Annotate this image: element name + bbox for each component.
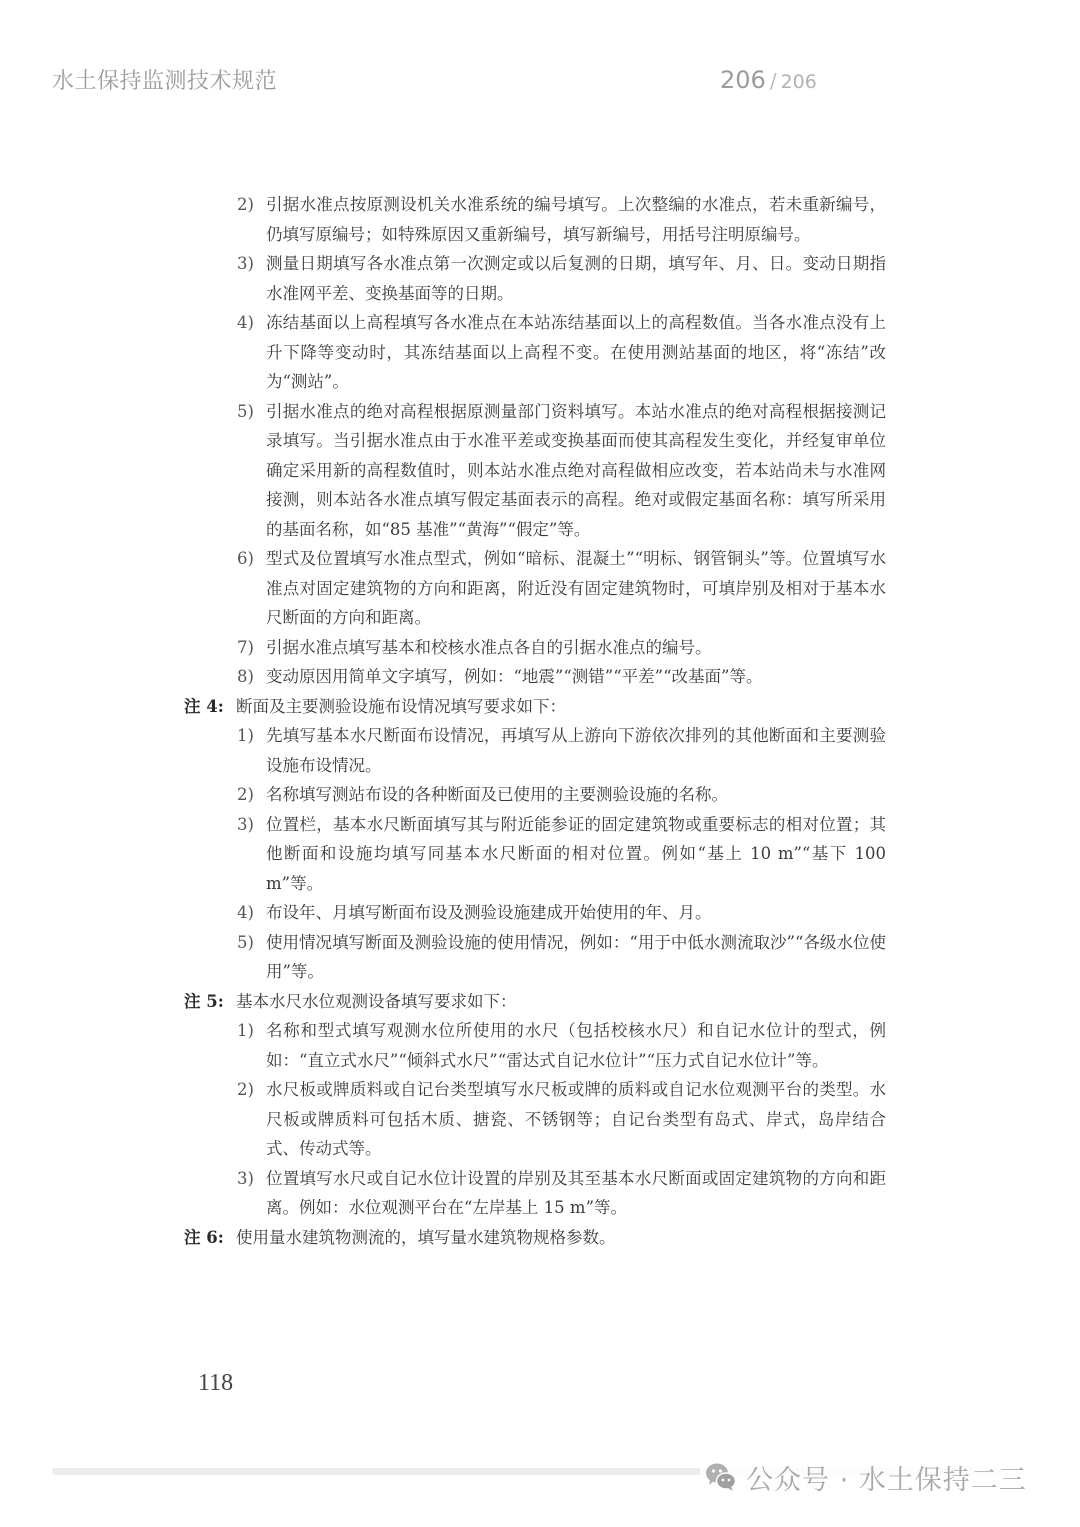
list-item-number: 8) [237, 662, 267, 692]
note-label: 注 6: [184, 1223, 224, 1253]
list-item: 7)引据水准点填写基本和校核水准点各自的引据水准点的编号。 [0, 633, 890, 663]
list-item-text: 引据水准点的绝对高程根据原测量部门资料填写。本站水准点的绝对高程根据接测记录填写… [266, 397, 886, 545]
list-item-number: 3) [237, 810, 267, 840]
list-item-number: 2) [237, 190, 267, 220]
list-item-number: 2) [237, 1075, 267, 1105]
list-item-number: 4) [237, 898, 267, 928]
list-item: 2)水尺板或牌质料或自记台类型填写水尺板或牌的质料或自记水位观测平台的类型。水尺… [0, 1075, 890, 1164]
document-page-body: 2)引据水准点按原测设机关水准系统的编号填写。上次整编的水准点，若未重新编号，仍… [0, 190, 1080, 1252]
list-item: 3)位置栏，基本水尺断面填写其与附近能参证的固定建筑物或重要标志的相对位置；其他… [0, 810, 890, 899]
list-item: 3)位置填写水尺或自记水位计设置的岸别及其至基本水尺断面或固定建筑物的方向和距离… [0, 1164, 890, 1223]
page-counter: 206/206 [720, 66, 817, 94]
list-item: 2)引据水准点按原测设机关水准系统的编号填写。上次整编的水准点，若未重新编号，仍… [0, 190, 890, 249]
list-item-number: 2) [237, 780, 267, 810]
viewer-header: 水土保持监测技术规范 206/206 [0, 0, 1080, 140]
wechat-icon [704, 1460, 738, 1494]
list-item-number: 6) [237, 544, 267, 574]
list-item-text: 引据水准点填写基本和校核水准点各自的引据水准点的编号。 [266, 633, 886, 663]
note-heading: 注 6:使用量水建筑物测流的，填写量水建筑物规格参数。 [0, 1223, 890, 1253]
list-item-number: 5) [237, 397, 267, 427]
list-item: 3)测量日期填写各水准点第一次测定或以后复测的日期，填写年、月、日。变动日期指水… [0, 249, 890, 308]
list-item: 1)先填写基本水尺断面布设情况，再填写从上游向下游依次排列的其他断面和主要测验设… [0, 721, 890, 780]
watermark: 公众号 · 水土保持二三 [700, 1455, 1027, 1499]
list-item: 4)冻结基面以上高程填写各水准点在本站冻结基面以上的高程数值。当各水准点没有上升… [0, 308, 890, 397]
list-item-text: 型式及位置填写水准点型式，例如“暗标、混凝土”“明标、钢管铜头”等。位置填写水准… [266, 544, 886, 633]
list-item-number: 3) [237, 249, 267, 279]
list-item-number: 5) [237, 928, 267, 958]
list-item-text: 名称填写测站布设的各种断面及已使用的主要测验设施的名称。 [266, 780, 886, 810]
note-heading: 注 4:断面及主要测验设施布设情况填写要求如下： [0, 692, 890, 722]
list-item-number: 3) [237, 1164, 267, 1194]
note-label: 注 4: [184, 692, 224, 722]
watermark-text: 公众号 · 水土保持二三 [746, 1458, 1027, 1497]
list-item: 8)变动原因用简单文字填写，例如：“地震”“测错”“平差”“改基面”等。 [0, 662, 890, 692]
list-item: 5)使用情况填写断面及测验设施的使用情况，例如：“用于中低水测流取沙”“各级水位… [0, 928, 890, 987]
note-label: 注 5: [184, 987, 224, 1017]
list-item-text: 变动原因用简单文字填写，例如：“地震”“测错”“平差”“改基面”等。 [266, 662, 886, 692]
list-item-text: 测量日期填写各水准点第一次测定或以后复测的日期，填写年、月、日。变动日期指水准网… [266, 249, 886, 308]
list-item-text: 使用情况填写断面及测验设施的使用情况，例如：“用于中低水测流取沙”“各级水位使用… [266, 928, 886, 987]
list-item: 6)型式及位置填写水准点型式，例如“暗标、混凝土”“明标、钢管铜头”等。位置填写… [0, 544, 890, 633]
list-item-number: 1) [237, 721, 267, 751]
list-item-text: 冻结基面以上高程填写各水准点在本站冻结基面以上的高程数值。当各水准点没有上升下降… [266, 308, 886, 397]
total-pages: 206 [781, 71, 817, 93]
list-item-text: 水尺板或牌质料或自记台类型填写水尺板或牌的质料或自记水位观测平台的类型。水尺板或… [266, 1075, 886, 1164]
list-item: 5)引据水准点的绝对高程根据原测量部门资料填写。本站水准点的绝对高程根据接测记录… [0, 397, 890, 545]
note-text: 基本水尺水位观测设备填写要求如下： [236, 987, 886, 1017]
list-item-text: 布设年、月填写断面布设及测验设施建成开始使用的年、月。 [266, 898, 886, 928]
list-item-text: 先填写基本水尺断面布设情况，再填写从上游向下游依次排列的其他断面和主要测验设施布… [266, 721, 886, 780]
document-title: 水土保持监测技术规范 [52, 64, 277, 95]
list-item-text: 引据水准点按原测设机关水准系统的编号填写。上次整编的水准点，若未重新编号，仍填写… [266, 190, 886, 249]
list-item-number: 1) [237, 1016, 267, 1046]
note-heading: 注 5:基本水尺水位观测设备填写要求如下： [0, 987, 890, 1017]
list-item-text: 位置填写水尺或自记水位计设置的岸别及其至基本水尺断面或固定建筑物的方向和距离。例… [266, 1164, 886, 1223]
page-separator: / [770, 69, 777, 93]
printed-page-number: 118 [198, 1370, 233, 1397]
current-page: 206 [720, 66, 766, 94]
list-item-number: 4) [237, 308, 267, 338]
list-item-text: 名称和型式填写观测水位所使用的水尺（包括校核水尺）和自记水位计的型式，例如：“直… [266, 1016, 886, 1075]
list-item-text: 位置栏，基本水尺断面填写其与附近能参证的固定建筑物或重要标志的相对位置；其他断面… [266, 810, 886, 899]
list-item: 2)名称填写测站布设的各种断面及已使用的主要测验设施的名称。 [0, 780, 890, 810]
list-item: 4)布设年、月填写断面布设及测验设施建成开始使用的年、月。 [0, 898, 890, 928]
note-text: 使用量水建筑物测流的，填写量水建筑物规格参数。 [236, 1223, 886, 1253]
list-item: 1)名称和型式填写观测水位所使用的水尺（包括校核水尺）和自记水位计的型式，例如：… [0, 1016, 890, 1075]
list-item-number: 7) [237, 633, 267, 663]
note-text: 断面及主要测验设施布设情况填写要求如下： [236, 692, 886, 722]
